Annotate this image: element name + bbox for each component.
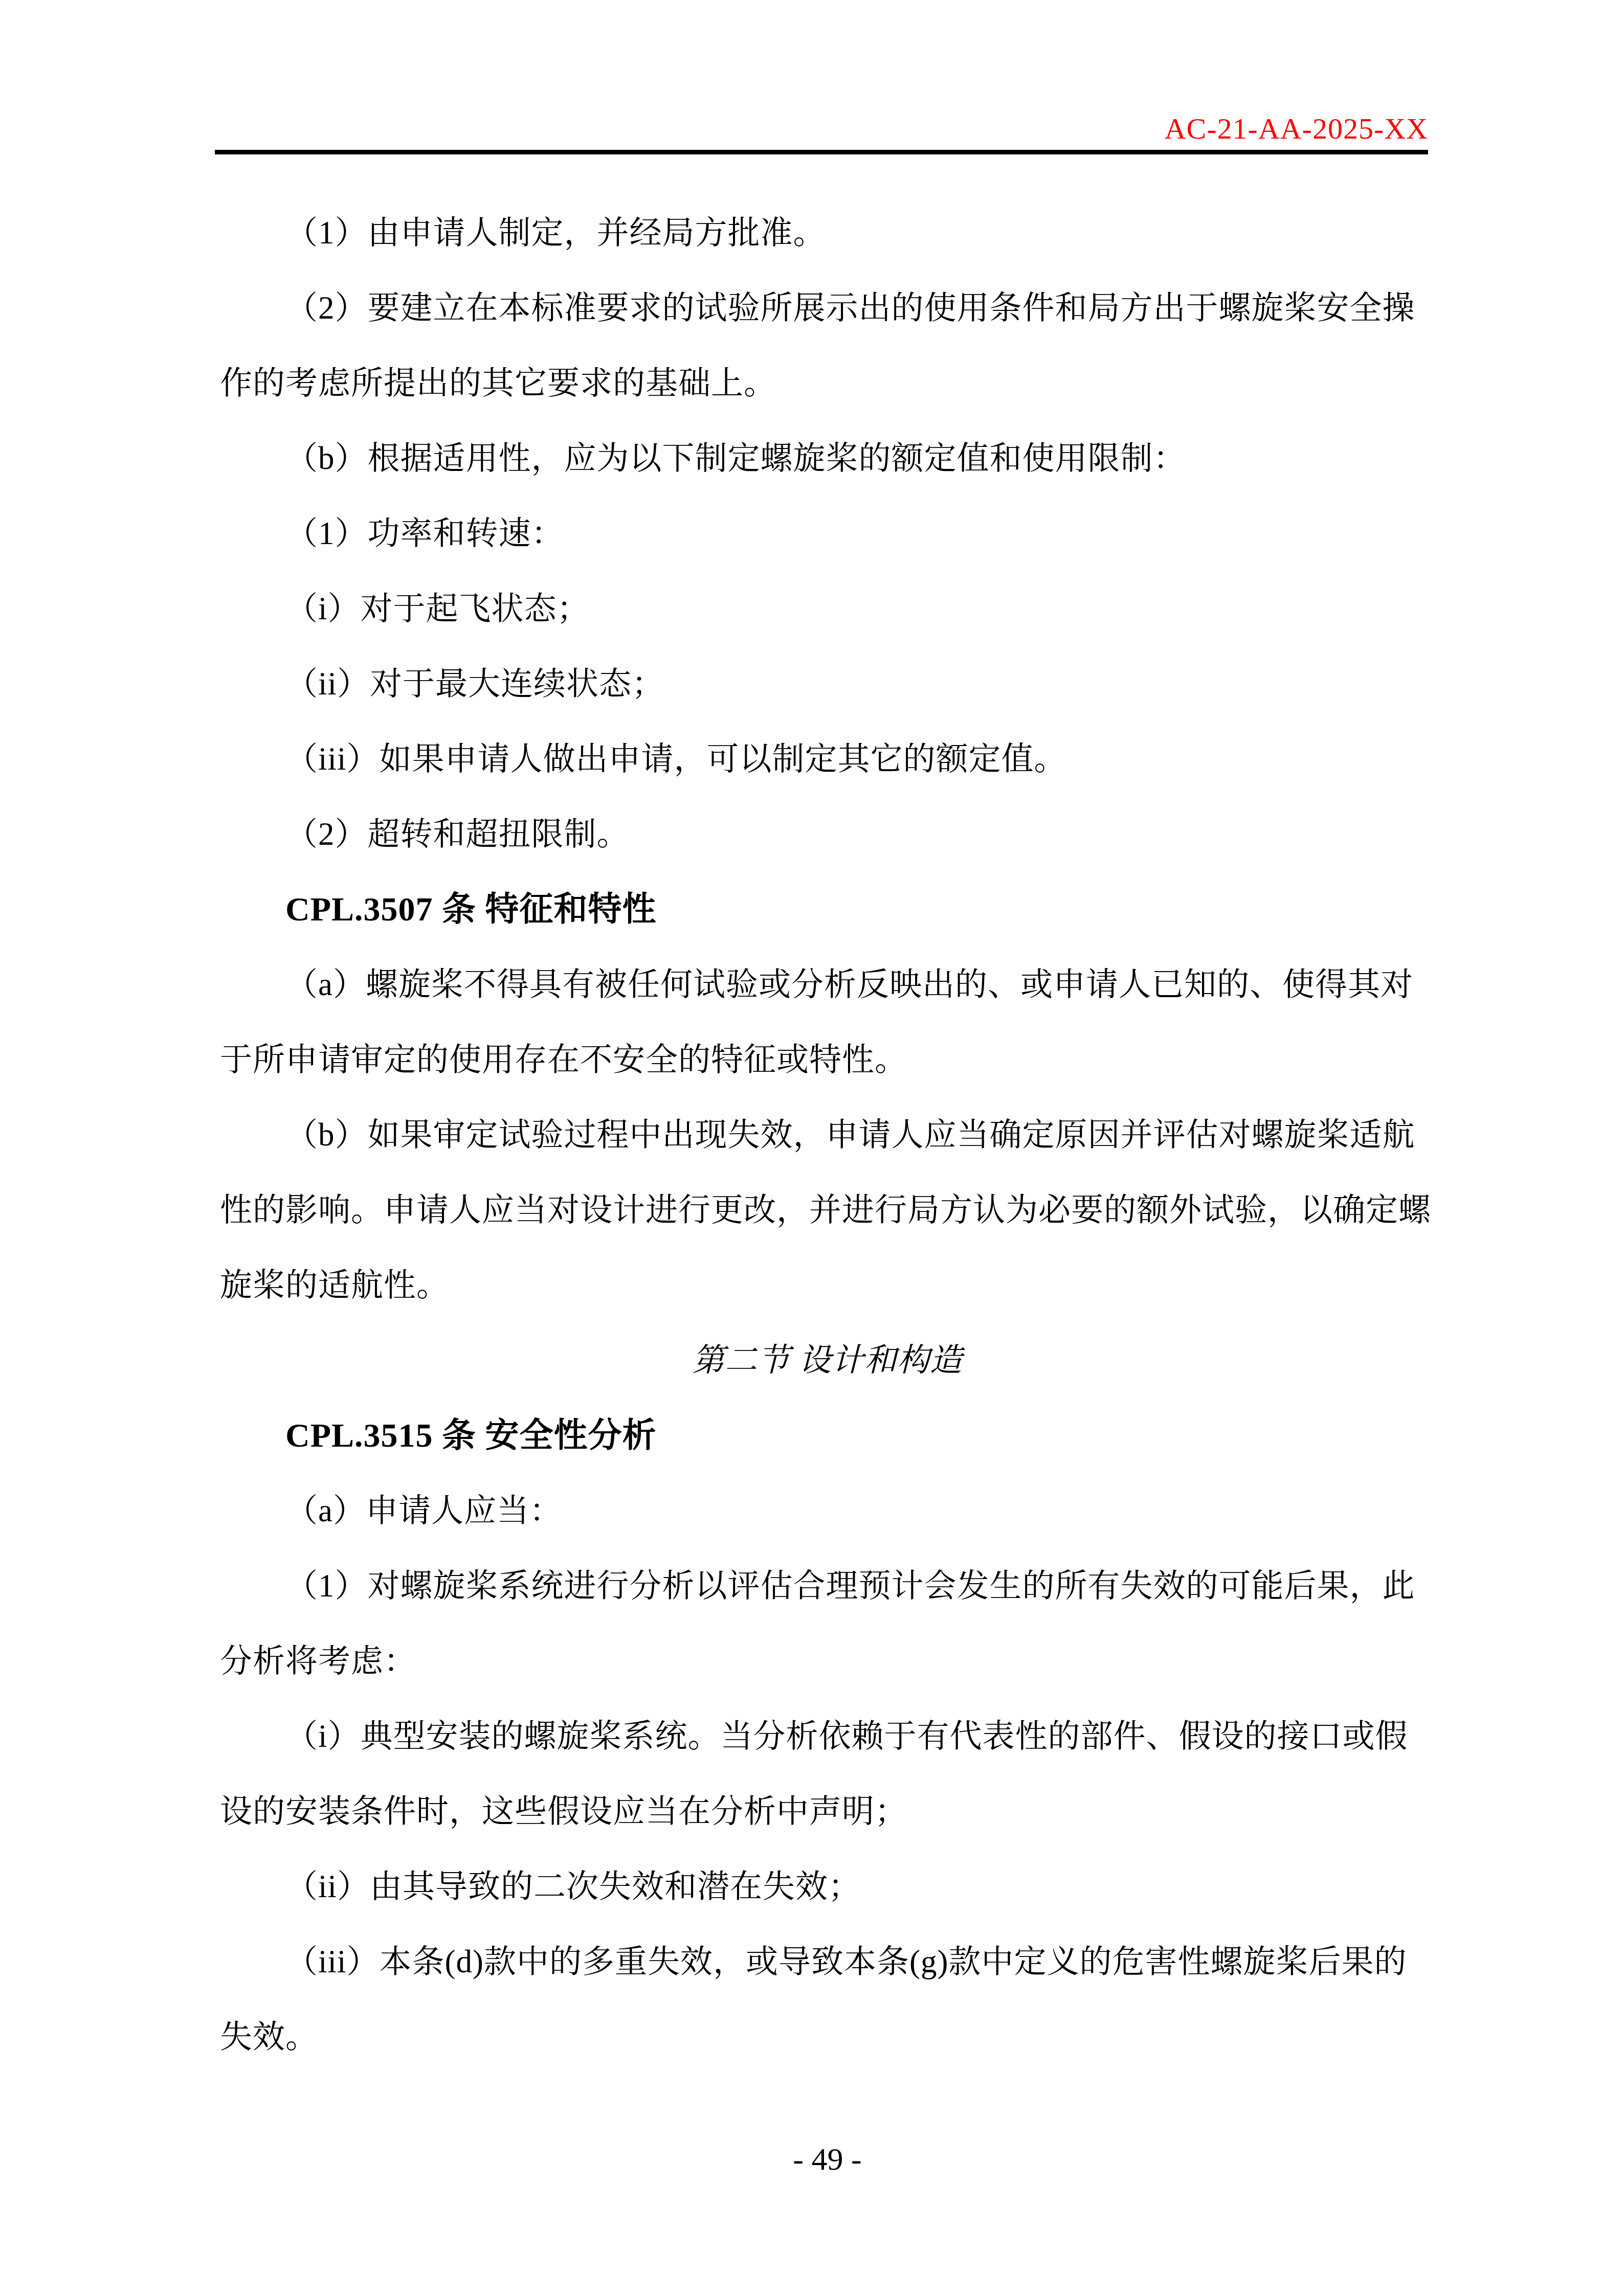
page-number: - 49 - [220, 2122, 1435, 2197]
text-line: （b）如果审定试验过程中出现失效，申请人应当确定原因并评估对螺旋桨适航 [220, 1097, 1435, 1173]
doc-number-header: AC-21-AA-2025-XX [215, 108, 1428, 149]
text-line: CPL.3515 条 安全性分析 [220, 1398, 1435, 1473]
document-body: （1）由申请人制定，并经局方批准。（2）要建立在本标准要求的试验所展示出的使用条… [220, 195, 1435, 2075]
text-line: 失效。 [220, 1999, 1435, 2075]
text-line: （i）对于起飞状态； [220, 571, 1435, 646]
text-line: （1）由申请人制定，并经局方批准。 [220, 195, 1435, 271]
text-line: （ii）由其导致的二次失效和潜在失效； [220, 1849, 1435, 1924]
text-line: 旋桨的适航性。 [220, 1248, 1435, 1323]
text-line: CPL.3507 条 特征和特性 [220, 872, 1435, 947]
text-line: 设的安装条件时，这些假设应当在分析中声明； [220, 1774, 1435, 1849]
text-line: （b）根据适用性，应为以下制定螺旋桨的额定值和使用限制： [220, 421, 1435, 496]
text-line: 性的影响。申请人应当对设计进行更改，并进行局方认为必要的额外试验，以确定螺 [220, 1173, 1435, 1248]
text-line: （a）螺旋桨不得具有被任何试验或分析反映出的、或申请人已知的、使得其对 [220, 947, 1435, 1022]
text-line: 于所申请审定的使用存在不安全的特征或特性。 [220, 1022, 1435, 1097]
text-line: （2）超转和超扭限制。 [220, 797, 1435, 872]
text-line: （iii）如果申请人做出申请，可以制定其它的额定值。 [220, 722, 1435, 797]
text-line: （i）典型安装的螺旋桨系统。当分析依赖于有代表性的部件、假设的接口或假 [220, 1699, 1435, 1774]
text-line: （iii）本条(d)款中的多重失效，或导致本条(g)款中定义的危害性螺旋桨后果的 [220, 1924, 1435, 1999]
text-line: （a）申请人应当： [220, 1473, 1435, 1548]
text-line: （ii）对于最大连续状态； [220, 646, 1435, 722]
text-line: （2）要建立在本标准要求的试验所展示出的使用条件和局方出于螺旋桨安全操 [220, 271, 1435, 346]
header-rule [215, 150, 1428, 154]
text-line: 作的考虑所提出的其它要求的基础上。 [220, 346, 1435, 421]
document-page: AC-21-AA-2025-XX （1）由申请人制定，并经局方批准。（2）要建立… [0, 0, 1624, 2296]
text-line: 分析将考虑： [220, 1624, 1435, 1699]
text-line: （1）对螺旋桨系统进行分析以评估合理预计会发生的所有失效的可能后果，此 [220, 1548, 1435, 1624]
text-line: （1）功率和转速： [220, 496, 1435, 571]
text-line: 第二节 设计和构造 [220, 1323, 1435, 1398]
